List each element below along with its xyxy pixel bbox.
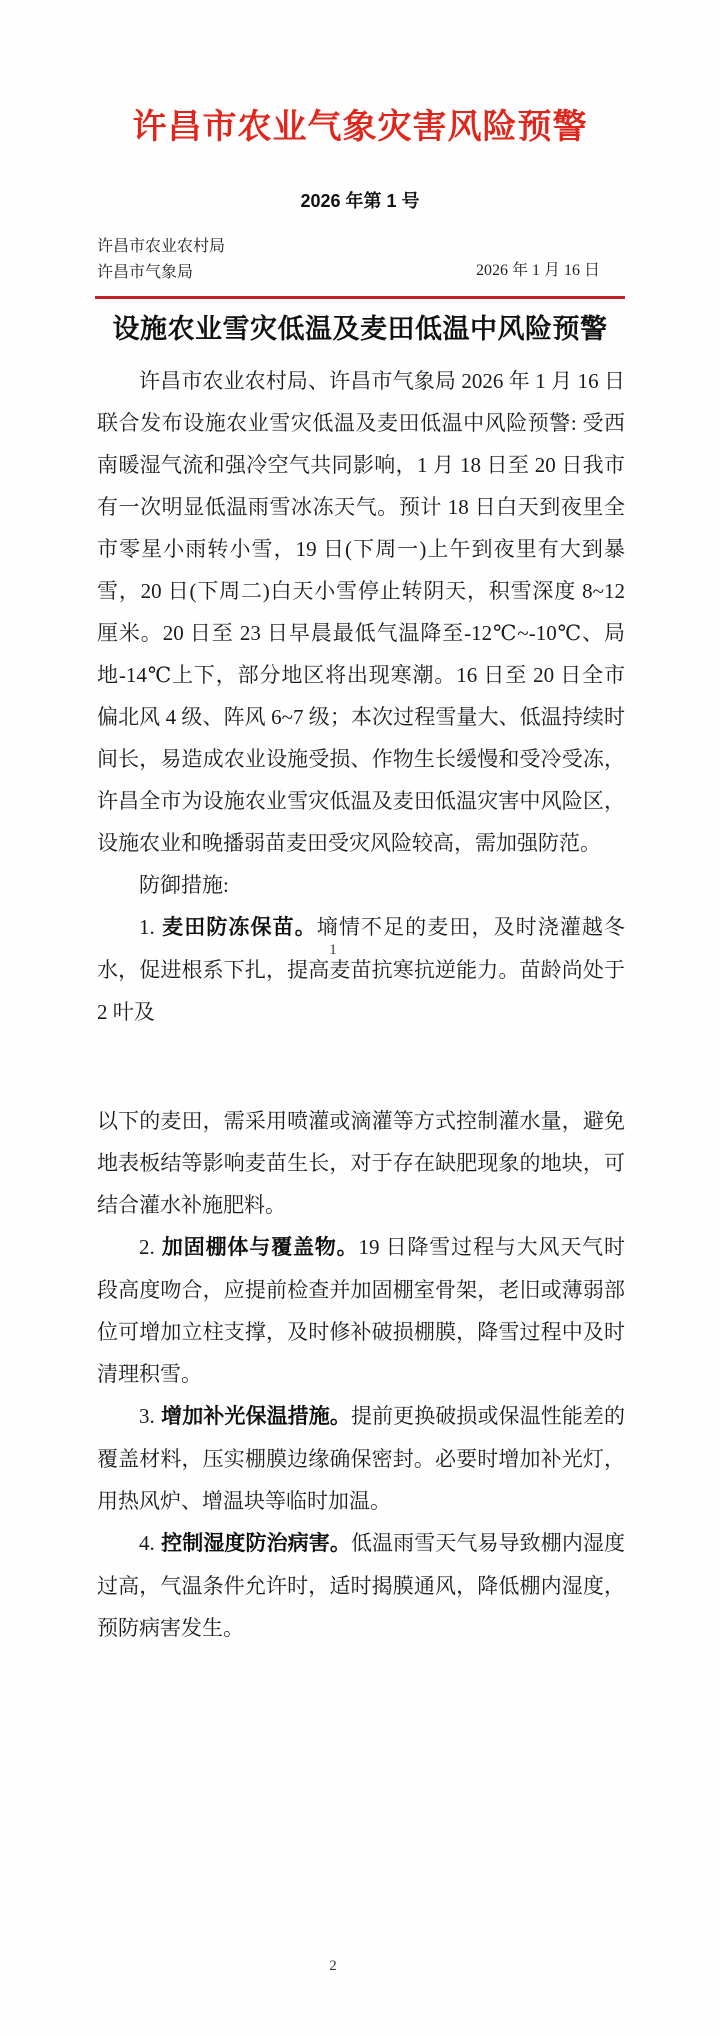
measure-4-lead: 控制湿度防治病害。 [161,1532,351,1555]
measure-4-paragraph: 4.控制湿度防治病害。低温雨雪天气易导致棚内湿度过高，气温条件允许时，适时揭膜通… [97,1522,625,1649]
page-1-body: 许昌市农业农村局、许昌市气象局 2026 年 1 月 16 日联合发布设施农业雪… [97,360,625,1033]
issuing-agencies: 许昌市农业农村局 许昌市气象局 [97,234,225,286]
measure-2-number: 2. [139,1235,155,1259]
measure-1-number: 1. [139,915,155,939]
measure-1-continued-paragraph: 以下的麦田，需采用喷灌或滴灌等方式控制灌水量，避免地表板结等影响麦苗生长，对于存… [97,1100,625,1226]
issue-date: 2026 年 1 月 16 日 [476,258,600,286]
issuer-meta-row: 许昌市农业农村局 许昌市气象局 2026 年 1 月 16 日 [97,234,600,286]
measure-3-paragraph: 3.增加补光保温措施。提前更换破损或保温性能差的覆盖材料，压实棚膜边缘确保密封。… [97,1395,625,1522]
agency-line-1: 许昌市农业农村局 [97,234,225,260]
issue-number: 2026 年第 1 号 [0,190,720,212]
measures-heading: 防御措施: [97,864,625,906]
page-2-body: 以下的麦田，需采用喷灌或滴灌等方式控制灌水量，避免地表板结等影响麦苗生长，对于存… [97,1100,625,1649]
measure-2-paragraph: 2.加固棚体与覆盖物。19 日降雪过程与大风天气时段高度吻合，应提前检查并加固棚… [97,1226,625,1395]
main-title: 许昌市农业气象灾害风险预警 [0,108,720,148]
page-number-1: 1 [0,940,666,960]
intro-paragraph: 许昌市农业农村局、许昌市气象局 2026 年 1 月 16 日联合发布设施农业雪… [97,360,625,864]
document: 许昌市农业气象灾害风险预警 2026 年第 1 号 许昌市农业农村局 许昌市气象… [0,0,720,2036]
measure-2-lead: 加固棚体与覆盖物。 [161,1236,358,1259]
page-number-2: 2 [0,1956,666,1976]
measure-3-number: 3. [139,1404,155,1428]
measure-1-paragraph: 1.麦田防冻保苗。墒情不足的麦田，及时浇灌越冬水，促进根系下扎，提高麦苗抗寒抗逆… [97,906,625,1033]
measure-1-lead: 麦田防冻保苗。 [161,916,317,939]
measure-3-lead: 增加补光保温措施。 [161,1405,351,1428]
agency-line-2: 许昌市气象局 [97,260,225,286]
measure-4-number: 4. [139,1531,155,1555]
red-divider-rule [95,296,625,299]
doc-title: 设施农业雪灾低温及麦田低温中风险预警 [0,312,720,346]
